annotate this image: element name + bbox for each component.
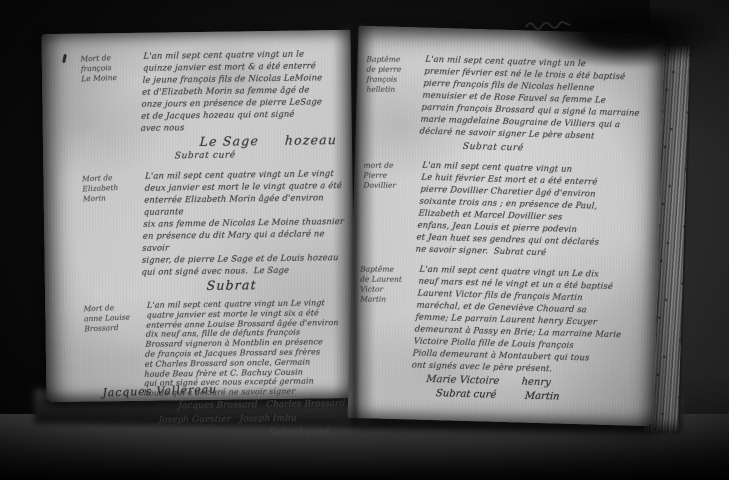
entry-text-block: L'an mil sept cent quatre vingt un Le hu… [420, 160, 647, 262]
register-entry: Mort de Elizabeth Morin L'an mil sept ce… [83, 168, 348, 294]
margin-note: Baptême de Laurent Victor Martin [360, 263, 412, 399]
right-page-content: Baptême de pierre françois helletin L'an… [348, 26, 665, 426]
margin-note: Mort de anne Louise Brossard [83, 300, 145, 442]
register-entry: Mort de françois Le Moine L'an mil sept … [82, 48, 347, 164]
entry-text-block: L'an mil sept cent quatre vingt un Le di… [416, 264, 644, 406]
faint-ink-scribble-icon [524, 17, 582, 33]
margin-note: Mort de Elizabeth Morin [82, 170, 143, 294]
officiant-signature: Subrat curé [268, 426, 350, 439]
left-page: Mort de françois Le Moine L'an mil sept … [41, 30, 355, 402]
officiant-signature: Subrat curé [174, 148, 346, 162]
entry-text-block: L'an mil sept cent quatre vingt un Le vi… [145, 168, 348, 293]
entry-text-block: L'an mil sept cent quatre vingt un Le vi… [147, 298, 350, 441]
register-entry: Baptême de Laurent Victor Martin L'an mi… [358, 262, 644, 406]
microfilm-scan: Mort de françois Le Moine L'an mil sept … [0, 0, 729, 480]
entry-body: L'an mil sept cent quatre vingt un Le di… [411, 264, 644, 378]
officiant-signature: Subrat curé [462, 141, 647, 158]
register-entry: Baptême de pierre françois helletin L'an… [365, 52, 650, 158]
margin-note: Baptême de pierre françois helletin [366, 53, 418, 151]
witness-signature: Jacques Brossard Charles Brossard [178, 398, 350, 412]
entry-body: L'an mil sept cent quatre vingt un le qu… [140, 48, 344, 135]
officiant-signature: Subrat [206, 278, 348, 292]
margin-note: mort de Pierre Dovillier [363, 159, 415, 255]
left-page-content: Mort de françois Le Moine L'an mil sept … [41, 30, 355, 402]
witness-signature: Le Sage hozeau [199, 134, 346, 148]
register-entry: mort de Pierre Dovillier L'an mil sept c… [362, 158, 647, 262]
witness-signature: Joseph Guestier Joseph Imbu [158, 412, 350, 427]
entry-body: L'an mil sept cent quatre vingt un Le vi… [141, 168, 346, 279]
entry-text-block: L'an mil sept cent quatre vingt un le qu… [144, 48, 347, 163]
entry-body: L'an mil sept cent quatre vingt un Le hu… [415, 160, 647, 262]
entry-text-block: L'an mil sept cent quatre vingt un le pr… [423, 54, 650, 158]
register-entry: Mort de anne Louise Brossard L'an mil se… [85, 298, 350, 442]
margin-note: Mort de françois Le Moine [80, 50, 140, 164]
right-page: Baptême de pierre françois helletin L'an… [348, 26, 665, 426]
entry-body: L'an mil sept cent quatre vingt un le pr… [419, 54, 650, 144]
